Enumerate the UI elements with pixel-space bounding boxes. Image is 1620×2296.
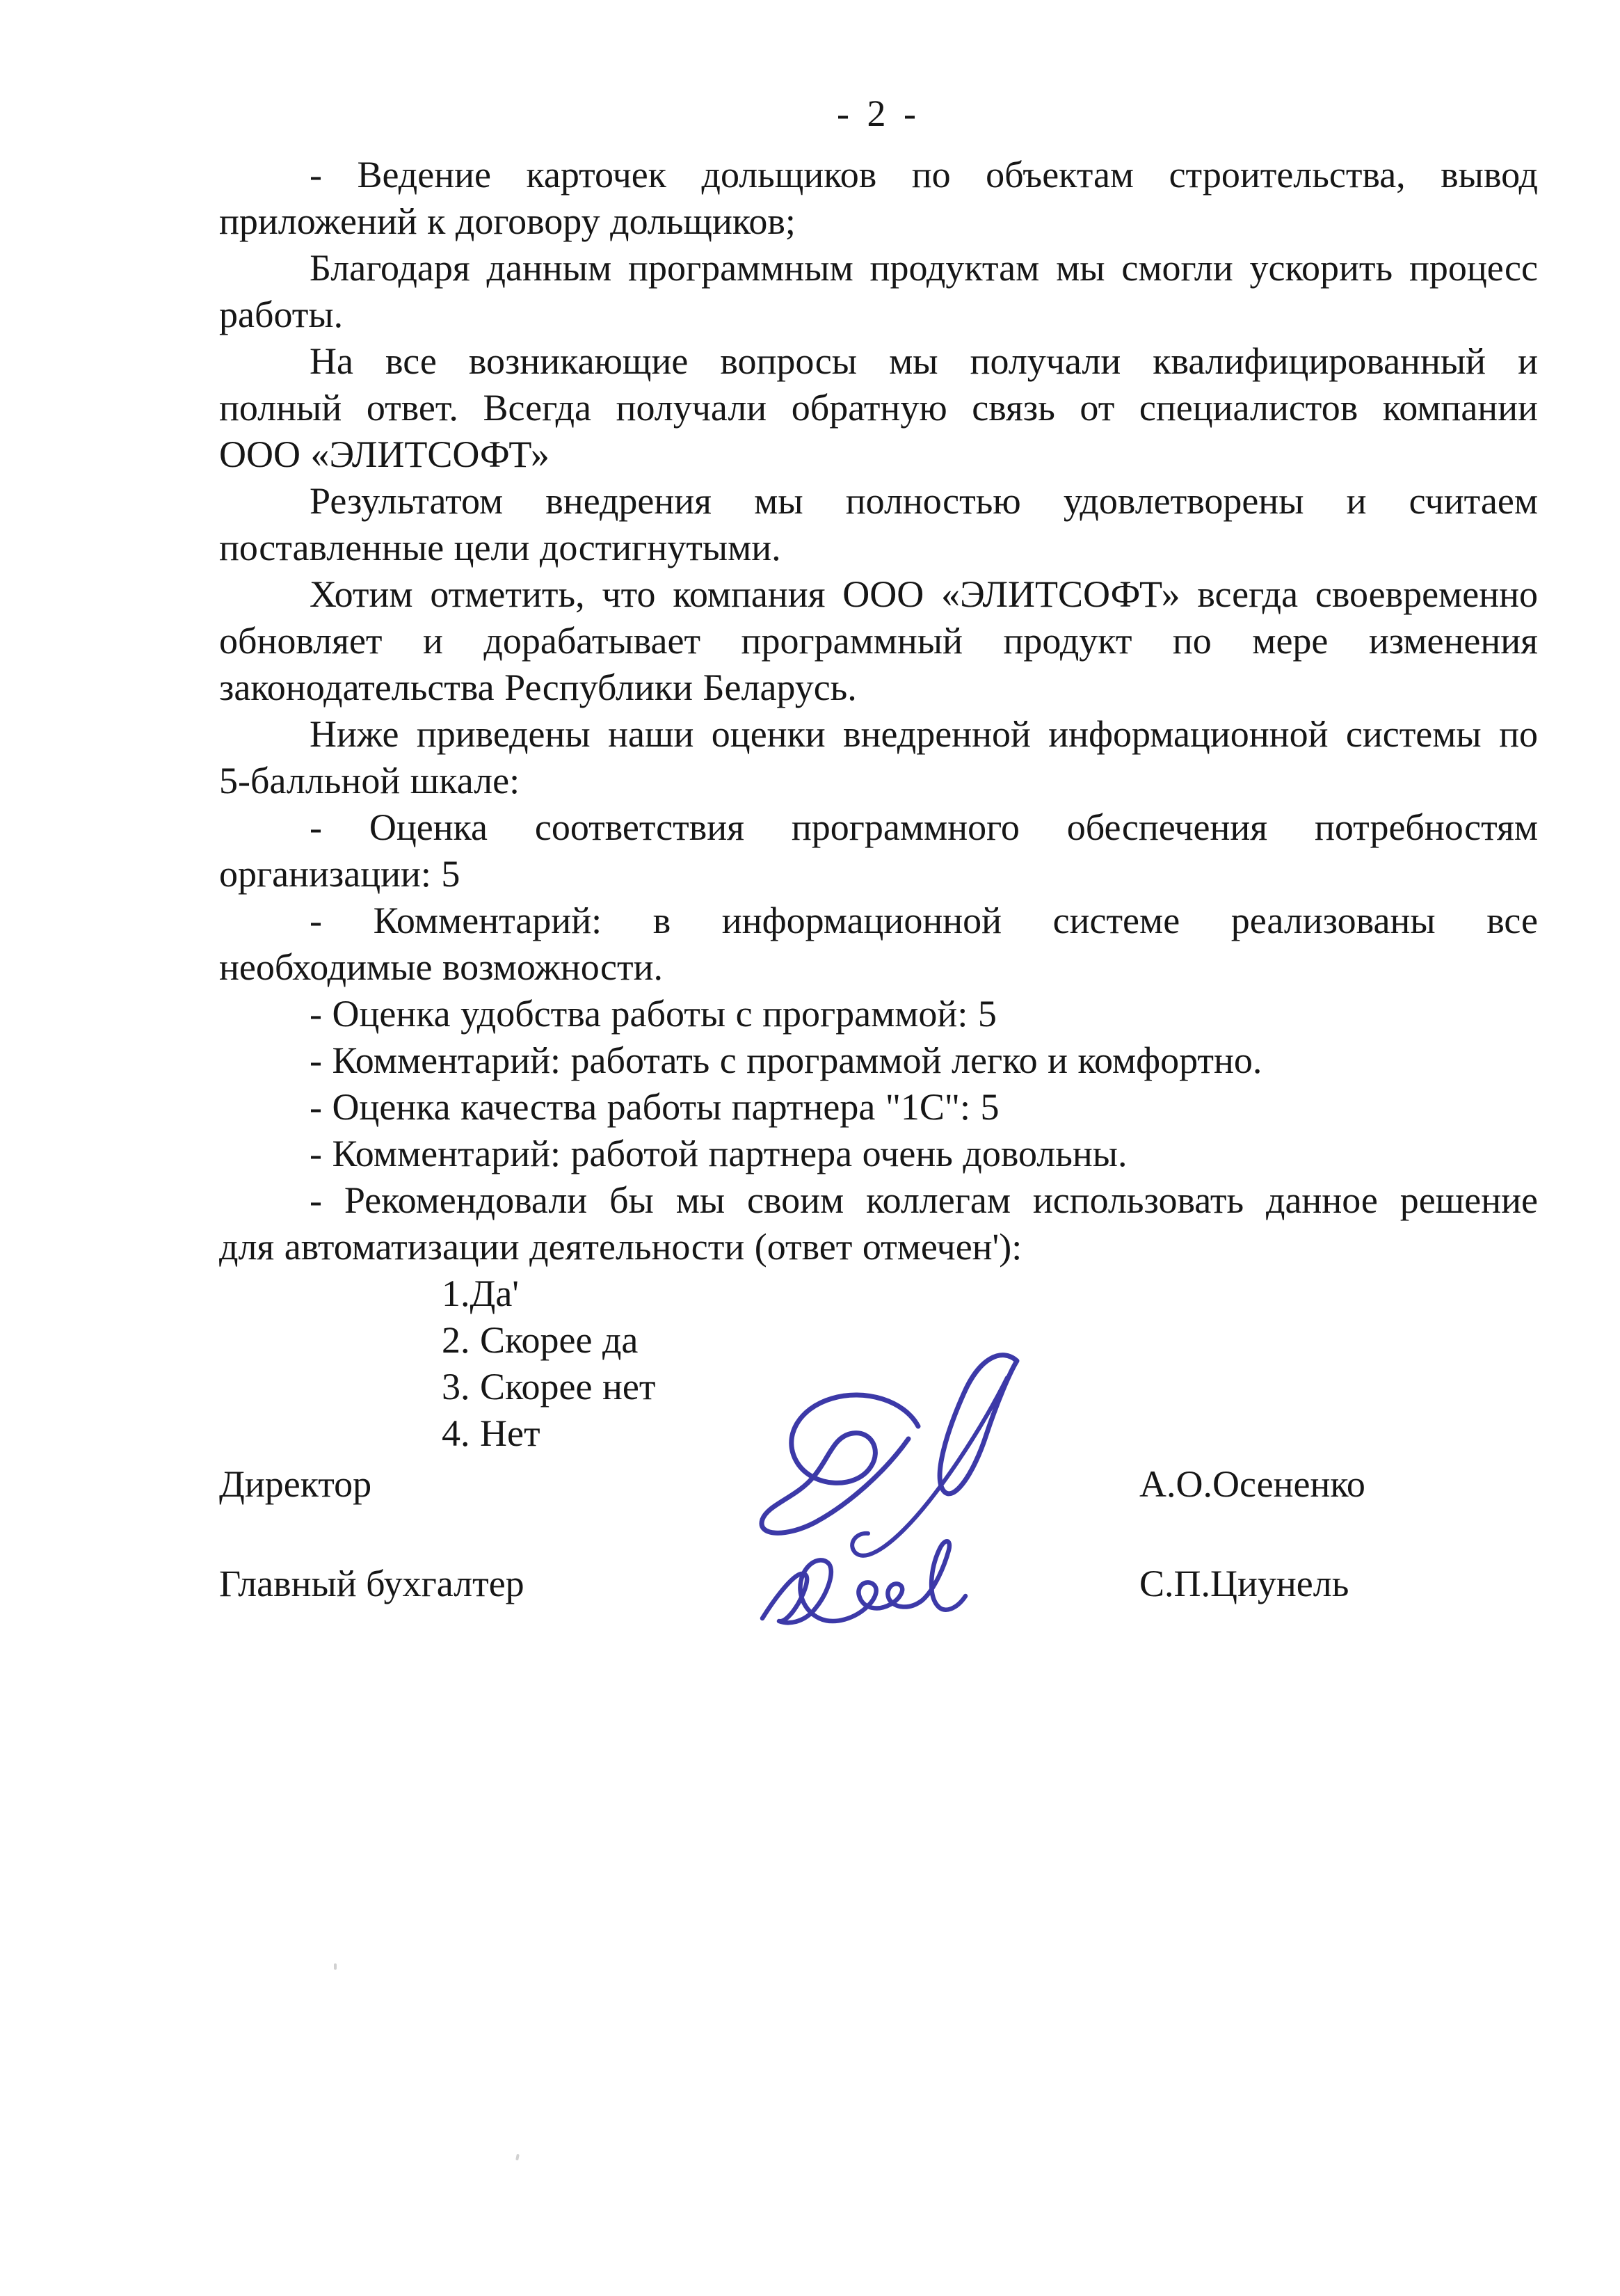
document-line: - Оценка удобства работы с программой: 5: [219, 991, 1538, 1037]
document-page: - 2 - - Ведение карточек дольщиков по об…: [0, 0, 1620, 2296]
document-line: Хотим отметить, что компания ООО «ЭЛИТСО…: [219, 571, 1538, 618]
document-line: - Ведение карточек дольщиков по объектам…: [219, 152, 1538, 198]
document-line: 5-балльной шкале:: [219, 758, 1538, 804]
document-line: - Комментарий: в информационной системе …: [219, 898, 1538, 944]
document-line: 3. Скорее нет: [219, 1364, 1538, 1410]
document-line: работы.: [219, 292, 1538, 338]
document-line: 4. Нет: [219, 1410, 1538, 1457]
document-line: организации: 5: [219, 851, 1538, 898]
document-line: ООО «ЭЛИТСОФТ»: [219, 431, 1538, 478]
document-line: полный ответ. Всегда получали обратную с…: [219, 385, 1538, 431]
document-line: Результатом внедрения мы полностью удовл…: [219, 478, 1538, 525]
signature-row-accountant: Главный бухгалтер С.П.Циунель: [219, 1561, 1538, 1607]
document-line: - Рекомендовали бы мы своим коллегам исп…: [219, 1177, 1538, 1224]
document-line: - Комментарий: работать с программой лег…: [219, 1037, 1538, 1084]
document-line: для автоматизации деятельности (ответ от…: [219, 1224, 1538, 1270]
signatory-name-accountant: С.П.Циунель: [1139, 1561, 1349, 1607]
document-line: Благодаря данным программным продуктам м…: [219, 245, 1538, 292]
document-line: - Оценка качества работы партнера "1С": …: [219, 1084, 1538, 1131]
document-line: Ниже приведены наши оценки внедренной ин…: [219, 711, 1538, 758]
document-line: На все возникающие вопросы мы получали к…: [219, 338, 1538, 385]
signature-title-director: Директор: [219, 1461, 371, 1508]
signatory-name-director: А.О.Осененко: [1139, 1461, 1365, 1508]
document-line: необходимые возможности.: [219, 944, 1538, 991]
signature-row-director: Директор А.О.Осененко: [219, 1461, 1538, 1508]
document-line: обновляет и дорабатывает программный про…: [219, 618, 1538, 664]
document-line: 1.Да': [219, 1270, 1538, 1317]
document-line: - Комментарий: работой партнера очень до…: [219, 1131, 1538, 1177]
document-line: поставленные цели достигнутыми.: [219, 525, 1538, 571]
scan-speck: [334, 1963, 337, 1970]
document-body: - Ведение карточек дольщиков по объектам…: [219, 152, 1538, 1457]
page-number: - 2 -: [219, 90, 1538, 137]
document-line: законодательства Республики Беларусь.: [219, 664, 1538, 711]
scan-speck: [515, 2154, 520, 2161]
document-line: - Оценка соответствия программного обесп…: [219, 804, 1538, 851]
signature-title-accountant: Главный бухгалтер: [219, 1561, 524, 1607]
document-line: 2. Скорее да: [219, 1317, 1538, 1364]
document-line: приложений к договору дольщиков;: [219, 198, 1538, 245]
